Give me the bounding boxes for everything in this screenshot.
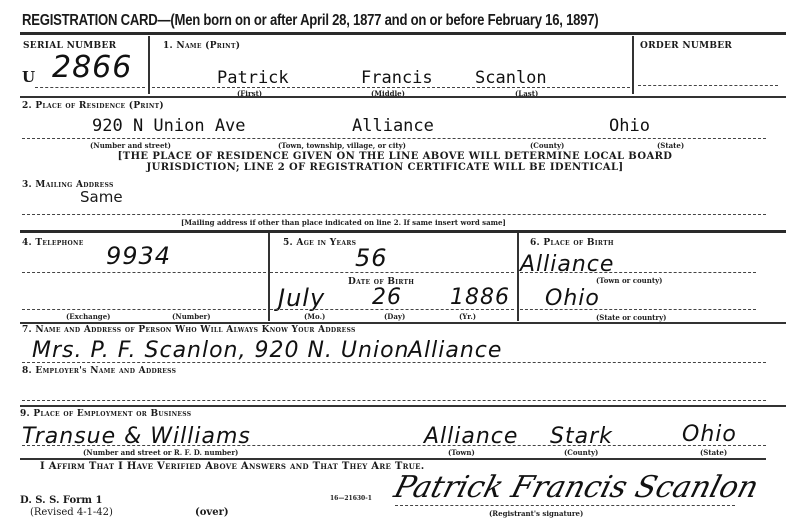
mailing-caption: [Mailing address if other than place ind… bbox=[181, 218, 506, 227]
divider bbox=[632, 36, 634, 94]
residence-notice-2: JURISDICTION; LINE 2 OF REGISTRATION CER… bbox=[60, 162, 710, 173]
birthplace-state: Ohio bbox=[545, 286, 600, 311]
street-caption: (Number and street) bbox=[90, 141, 171, 150]
employment-line bbox=[22, 445, 766, 446]
dob-day: 26 bbox=[372, 285, 402, 310]
residence-state: Ohio bbox=[609, 116, 650, 136]
affirmation-text: I Affirm That I Have Verified Above Answ… bbox=[40, 461, 425, 472]
serial-prefix: U bbox=[22, 68, 35, 86]
serial-number-value: 2866 bbox=[52, 50, 132, 85]
signature-caption: (Registrant's signature) bbox=[489, 509, 583, 518]
row-rule bbox=[20, 458, 766, 460]
county-caption: (County) bbox=[530, 141, 564, 150]
employer-label: 8. Employer's Name and Address bbox=[22, 366, 176, 376]
over-note: (over) bbox=[195, 507, 229, 518]
age-value: 56 bbox=[355, 244, 388, 272]
telephone-label: 4. Telephone bbox=[22, 238, 84, 248]
birthplace-town-line bbox=[520, 272, 756, 273]
employment-county-caption: (County) bbox=[564, 448, 598, 457]
residence-line bbox=[22, 138, 766, 139]
print-code: 16—21630-1 bbox=[330, 495, 372, 502]
employment-state-caption: (State) bbox=[700, 448, 727, 457]
order-number-line bbox=[638, 85, 778, 86]
card-title: REGISTRATION CARD—(Men born on or after … bbox=[22, 12, 598, 30]
row-rule bbox=[20, 322, 786, 324]
birthplace-town: Alliance bbox=[520, 252, 614, 277]
residence-label: 2. Place of Residence (Print) bbox=[22, 101, 164, 111]
registrant-signature: Patrick Francis Scanlon bbox=[390, 470, 762, 505]
employment-street-caption: (Number and street or R. F. D. number) bbox=[83, 448, 238, 457]
employment-town-caption: (Town) bbox=[448, 448, 475, 457]
employer-line bbox=[22, 400, 766, 401]
employment-label: 9. Place of Employment or Business bbox=[20, 409, 191, 419]
serial-line bbox=[35, 87, 145, 88]
dob-year: 1886 bbox=[450, 285, 510, 310]
row-rule bbox=[20, 405, 786, 407]
telephone-line bbox=[22, 272, 266, 273]
exchange-line bbox=[22, 309, 266, 310]
state-caption: (State) bbox=[657, 141, 684, 150]
divider bbox=[148, 36, 150, 94]
number-caption: (Number) bbox=[172, 312, 211, 321]
residence-street: 920 N Union Ave bbox=[92, 116, 246, 136]
name-last: Scanlon bbox=[475, 68, 547, 88]
divider bbox=[517, 233, 519, 321]
day-caption: (Day) bbox=[384, 312, 405, 321]
birthplace-state-caption: (State or country) bbox=[596, 313, 666, 322]
mailing-line bbox=[22, 214, 766, 215]
residence-notice-1: [THE PLACE OF RESIDENCE GIVEN ON THE LIN… bbox=[70, 151, 720, 162]
signature-line bbox=[395, 505, 735, 506]
contact-town: Alliance bbox=[408, 338, 502, 363]
form-id: D. S. S. Form 1 bbox=[20, 495, 102, 506]
dob-line bbox=[270, 309, 514, 310]
employment-state: Ohio bbox=[682, 422, 737, 447]
month-caption: (Mo.) bbox=[304, 312, 325, 321]
name-label: 1. Name (Print) bbox=[163, 41, 240, 51]
telephone-value: 9934 bbox=[106, 242, 171, 270]
form-revised: (Revised 4-1-42) bbox=[30, 507, 113, 518]
contact-line bbox=[22, 362, 766, 363]
birthplace-state-line bbox=[520, 309, 756, 310]
mailing-value: Same bbox=[80, 188, 123, 206]
birthplace-town-caption: (Town or county) bbox=[596, 276, 662, 285]
name-middle: Francis bbox=[361, 68, 433, 88]
year-caption: (Yr.) bbox=[459, 312, 476, 321]
order-number-label: ORDER NUMBER bbox=[640, 41, 732, 51]
residence-town: Alliance bbox=[352, 116, 434, 136]
birthplace-label: 6. Place of Birth bbox=[530, 238, 614, 248]
age-line bbox=[270, 272, 514, 273]
divider bbox=[268, 233, 270, 321]
name-line bbox=[152, 87, 630, 88]
contact-value: Mrs. P. F. Scanlon, 920 N. Union bbox=[32, 338, 409, 363]
age-label: 5. Age in Years bbox=[283, 238, 356, 248]
exchange-caption: (Exchange) bbox=[66, 312, 110, 321]
contact-label: 7. Name and Address of Person Who Will A… bbox=[22, 325, 356, 335]
dob-month: July bbox=[278, 284, 325, 312]
title-rule bbox=[20, 32, 786, 35]
town-caption: (Town, township, village, or city) bbox=[278, 141, 406, 150]
name-first: Patrick bbox=[217, 68, 289, 88]
row-rule bbox=[20, 230, 786, 233]
row-rule bbox=[20, 96, 786, 98]
